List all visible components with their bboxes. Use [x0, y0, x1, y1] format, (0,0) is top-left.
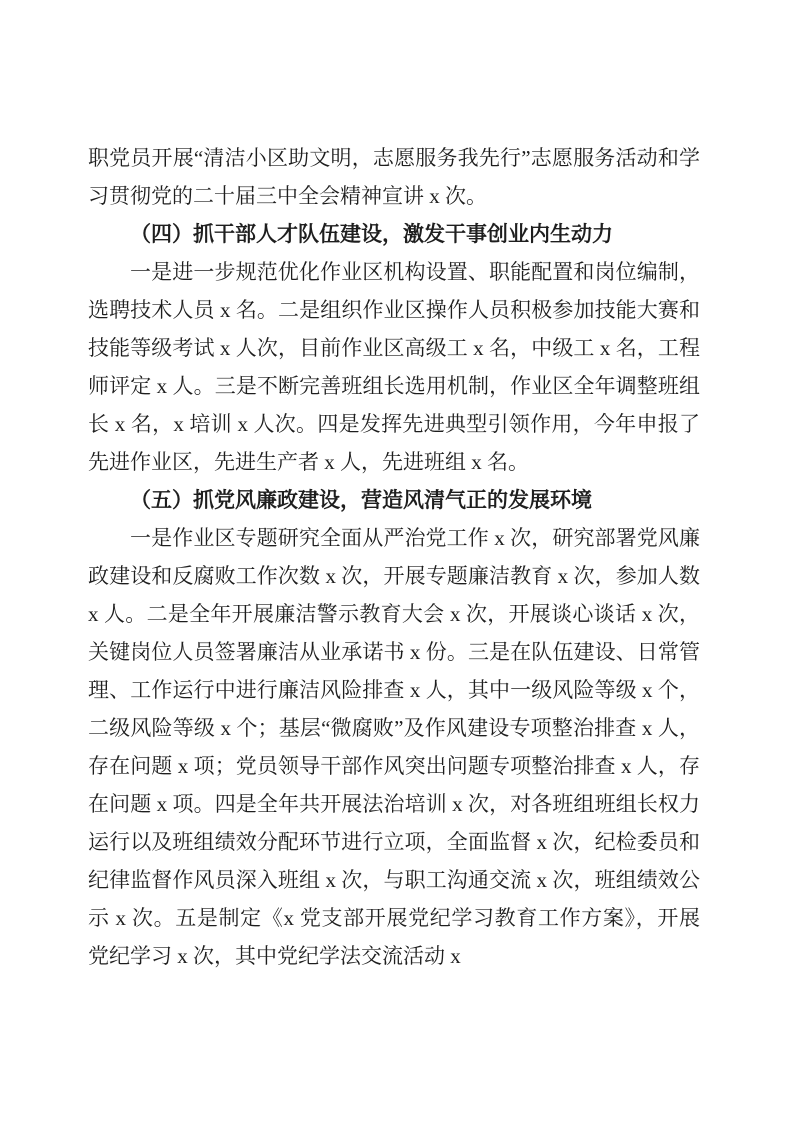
body-paragraph: 一是进一步规范优化作业区机构设置、职能配置和岗位编制，选聘技术人员 x 名。二是…	[88, 253, 700, 481]
document-page: 职党员开展“清洁小区助文明，志愿服务我先行”志愿服务活动和学习贯彻党的二十届三中…	[0, 0, 793, 1122]
body-paragraph: 职党员开展“清洁小区助文明，志愿服务我先行”志愿服务活动和学习贯彻党的二十届三中…	[88, 139, 700, 215]
section-heading: （五）抓党风廉政建设，营造风清气正的发展环境	[88, 481, 700, 519]
document-body: 职党员开展“清洁小区助文明，志愿服务我先行”志愿服务活动和学习贯彻党的二十届三中…	[88, 139, 700, 975]
section-heading: （四）抓干部人才队伍建设，激发干事创业内生动力	[88, 215, 700, 253]
body-paragraph: 一是作业区专题研究全面从严治党工作 x 次，研究部署党风廉政建设和反腐败工作次数…	[88, 519, 700, 975]
